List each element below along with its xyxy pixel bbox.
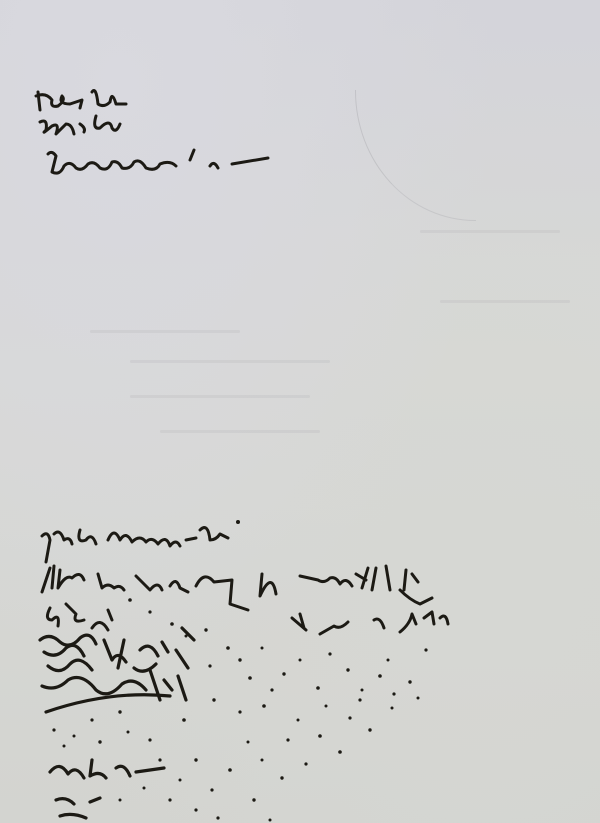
top-scribble-line-1 xyxy=(36,91,126,111)
bottom-scribble-line-2 xyxy=(42,566,432,610)
asemic-scribbles xyxy=(0,0,600,823)
scattered-ink-dots xyxy=(52,598,427,821)
bottom-scribble-cluster xyxy=(40,628,194,818)
top-scribble-line-3 xyxy=(48,150,268,173)
top-scribble-line-2 xyxy=(40,116,120,134)
paper-artwork xyxy=(0,0,600,823)
bottom-scribble-line-1 xyxy=(42,520,240,562)
